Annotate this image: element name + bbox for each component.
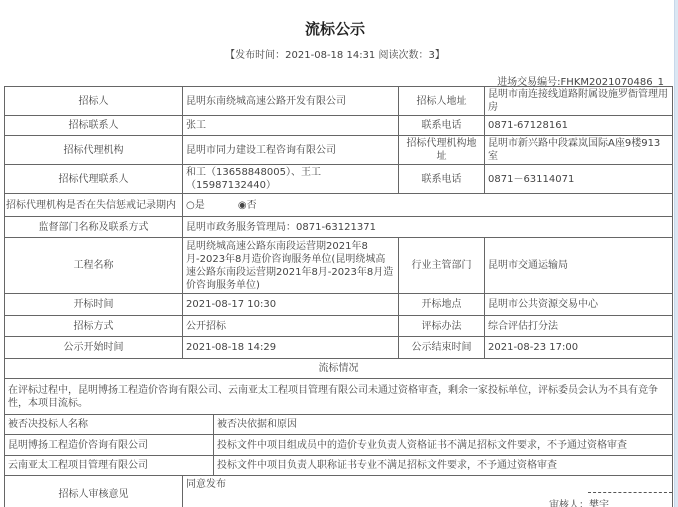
eval-value: 综合评估打分法	[485, 316, 673, 337]
table-row: 招标方式 公开招标 评标办法 综合评估打分法	[5, 316, 673, 337]
review-opinion: 同意发布	[186, 479, 226, 490]
open-place-label: 开标地点	[399, 294, 485, 316]
table-row: 在评标过程中，昆明博扬工程造价咨询有限公司、云南亚太工程项目管理有限公司未通过资…	[5, 379, 673, 415]
table-row: 开标时间 2021-08-17 10:30 开标地点 昆明市公共资源交易中心	[5, 294, 673, 316]
rejected-reason-header: 被否决依据和原因	[214, 415, 673, 435]
rejected-name-header: 被否决投标人名称	[5, 415, 214, 435]
eval-label: 评标办法	[399, 316, 485, 337]
contact-label: 招标联系人	[5, 116, 183, 136]
agency-contact-value: 和工（13658848005）、王工（15987132440）	[183, 165, 399, 194]
project-label: 工程名称	[5, 238, 183, 294]
failure-section-title: 流标情况	[5, 359, 673, 379]
failure-description: 在评标过程中，昆明博扬工程造价咨询有限公司、云南亚太工程项目管理有限公司未通过资…	[5, 379, 673, 415]
rejected-reason: 投标文件中项目组成员中的造价专业负责人资格证书不满足招标文件要求，不予通过资格审…	[214, 435, 673, 456]
industry-label: 行业主管部门	[399, 238, 485, 294]
divider	[588, 492, 672, 493]
industry-value: 昆明市交通运输局	[485, 238, 673, 294]
radio-unchecked-icon: ○	[186, 200, 195, 211]
blacklist-radio-group: ○是 ◉否	[183, 194, 673, 217]
open-time-label: 开标时间	[5, 294, 183, 316]
pub-start-label: 公示开始时间	[5, 337, 183, 359]
table-row: 工程名称 昆明绕城高速公路东南段运营期2021年8月-2023年8月造价咨询服务…	[5, 238, 673, 294]
announcement-table: 招标人 昆明东南绕城高速公路开发有限公司 招标人地址 昆明市南连接线道路附属设施…	[4, 86, 673, 507]
table-row: 招标人 昆明东南绕城高速公路开发有限公司 招标人地址 昆明市南连接线道路附属设施…	[5, 87, 673, 116]
table-row: 招标联系人 张工 联系电话 0871-67128161	[5, 116, 673, 136]
table-row: 昆明博扬工程造价咨询有限公司 投标文件中项目组成员中的造价专业负责人资格证书不满…	[5, 435, 673, 456]
agency-address-value: 昆明市新兴路中段霖岚国际A座9楼913室	[485, 136, 673, 165]
radio-yes[interactable]: ○是	[186, 199, 205, 212]
pub-end-label: 公示结束时间	[399, 337, 485, 359]
table-row: 流标情况	[5, 359, 673, 379]
agency-label: 招标代理机构	[5, 136, 183, 165]
phone-label: 联系电话	[399, 116, 485, 136]
blacklist-label: 招标代理机构是否在失信惩戒记录期内	[5, 194, 183, 217]
table-row: 云南亚太工程项目管理有限公司 投标文件中项目负责人职称证书专业不满足招标文件要求…	[5, 456, 673, 476]
radio-no[interactable]: ◉否	[238, 199, 257, 212]
contact-value: 张工	[183, 116, 399, 136]
pub-start-value: 2021-08-18 14:29	[183, 337, 399, 359]
table-row: 公示开始时间 2021-08-18 14:29 公示结束时间 2021-08-2…	[5, 337, 673, 359]
tenderer-label: 招标人	[5, 87, 183, 116]
agency-value: 昆明市同力建设工程咨询有限公司	[183, 136, 399, 165]
table-row: 招标代理机构 昆明市同力建设工程咨询有限公司 招标代理机构地址 昆明市新兴路中段…	[5, 136, 673, 165]
publish-meta: 【发布时间：2021-08-18 14:31 阅读次数：3】	[0, 46, 670, 61]
table-row: 招标人审核意见 同意发布 审核人：樊宇	[5, 476, 673, 507]
method-label: 招标方式	[5, 316, 183, 337]
table-row: 被否决投标人名称 被否决依据和原因	[5, 415, 673, 435]
page-title: 流标公示	[0, 18, 670, 39]
agency-phone-value: 0871－63114071	[485, 165, 673, 194]
table-row: 招标代理联系人 和工（13658848005）、王工（15987132440） …	[5, 165, 673, 194]
agency-contact-label: 招标代理联系人	[5, 165, 183, 194]
rejected-name: 云南亚太工程项目管理有限公司	[5, 456, 214, 476]
radio-no-label: 否	[247, 200, 257, 211]
rejected-name: 昆明博扬工程造价咨询有限公司	[5, 435, 214, 456]
table-row: 招标代理机构是否在失信惩戒记录期内 ○是 ◉否	[5, 194, 673, 217]
project-value: 昆明绕城高速公路东南段运营期2021年8月-2023年8月造价咨询服务单位(昆明…	[183, 238, 399, 294]
method-value: 公开招标	[183, 316, 399, 337]
radio-yes-label: 是	[195, 200, 205, 211]
reviewer: 审核人：樊宇	[186, 499, 669, 507]
open-place-value: 昆明市公共资源交易中心	[485, 294, 673, 316]
table-row: 监督部门名称及联系方式 昆明市政务服务管理局：0871-63121371	[5, 217, 673, 238]
tenderer-address-label: 招标人地址	[399, 87, 485, 116]
pub-end-value: 2021-08-23 17:00	[485, 337, 673, 359]
radio-checked-icon: ◉	[238, 200, 247, 211]
supervisor-label: 监督部门名称及联系方式	[5, 217, 183, 238]
vertical-scrollbar[interactable]	[674, 0, 678, 507]
agency-address-label: 招标代理机构地址	[399, 136, 485, 165]
agency-phone-label: 联系电话	[399, 165, 485, 194]
phone-value: 0871-67128161	[485, 116, 673, 136]
rejected-reason: 投标文件中项目负责人职称证书专业不满足招标文件要求，不予通过资格审查	[214, 456, 673, 476]
open-time-value: 2021-08-17 10:30	[183, 294, 399, 316]
tenderer-address-value: 昆明市南连接线道路附属设施罗衙管理用房	[485, 87, 673, 116]
tenderer-value: 昆明东南绕城高速公路开发有限公司	[183, 87, 399, 116]
supervisor-value: 昆明市政务服务管理局：0871-63121371	[183, 217, 673, 238]
review-label: 招标人审核意见	[5, 476, 183, 507]
